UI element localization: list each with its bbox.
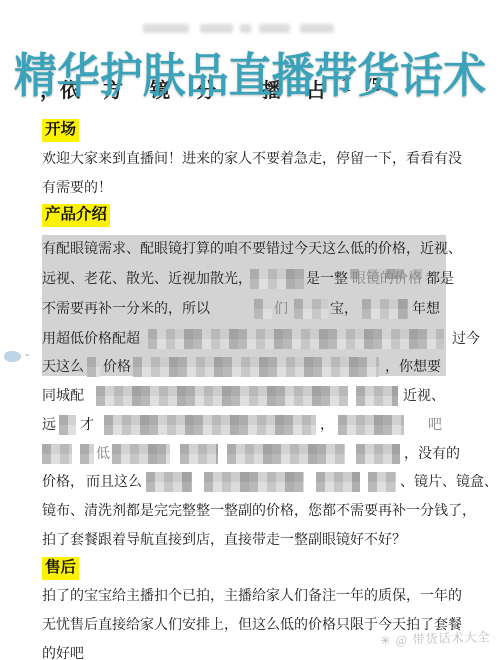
body-text-segment: 近视、 <box>403 387 445 407</box>
mosaic-block <box>254 299 272 319</box>
mosaic-block <box>294 299 328 319</box>
body-text-segment: 同城配 <box>42 387 84 407</box>
body-text-segment: 拍了套餐跟着导航直接到店，直接带走一整副眼镜好不好？ <box>42 531 406 551</box>
body-text-segment: 、镜片、镜盒、 <box>400 473 498 493</box>
mosaic-block <box>356 386 398 406</box>
comment-marker-icon <box>4 351 21 362</box>
body-text-segment: ， <box>320 416 334 436</box>
body-text-segment: 远 <box>42 416 56 436</box>
body-text-segment: 年想 <box>412 300 440 320</box>
body-text-segment: 低 <box>96 445 110 465</box>
body-text-segment: 吧 <box>428 416 442 436</box>
watermark-text: 带货话术大全 <box>412 630 490 647</box>
body-text-segment: 而且这么 <box>86 473 142 493</box>
mosaic-block <box>250 269 304 289</box>
body-text-segment: 远视、老花、散光、近视加散光， <box>42 270 252 290</box>
section-heading: 售后 <box>42 557 79 580</box>
body-text-segment: 有配眼镜需求、配眼镜打算的咱不要错过今天这么低的价格，近视、 <box>42 240 462 260</box>
comment-dash: - <box>25 346 29 362</box>
body-text-segment: ，没有的 <box>404 445 460 465</box>
watermark-logo-icon: ✳ <box>380 634 391 648</box>
mosaic-block <box>133 357 379 377</box>
body-text-segment: 拍了的宝宝给主播扣个已拍，主播给家人们备注一年的质保，一年的 <box>42 587 462 607</box>
mosaic-block <box>146 472 192 492</box>
body-text-segment: 都是 <box>426 270 454 290</box>
body-text-segment: 镜布、清洗剂都是完完整整一整副的价格，您都不需要再补一分钱了， <box>42 502 476 522</box>
body-text-segment: 有需要的！ <box>42 179 112 199</box>
section-heading: 开场 <box>42 119 79 142</box>
mosaic-block <box>227 444 345 464</box>
body-text-segment: 天这么 <box>42 358 84 378</box>
body-text-segment: 价格 <box>103 358 131 378</box>
mosaic-block <box>356 444 400 464</box>
section-heading: 产品介绍 <box>42 204 110 227</box>
body-text-segment: 过今 <box>452 330 480 350</box>
body-text-segment: 宝， <box>330 300 358 320</box>
mosaic-block <box>80 444 94 464</box>
mosaic-block <box>338 415 404 435</box>
mosaic-block <box>204 472 304 492</box>
mosaic-block <box>96 386 348 406</box>
mosaic-block <box>112 444 170 464</box>
mosaic-block <box>59 415 76 435</box>
page-title: 精华护肤品直播带货话术 <box>14 49 486 102</box>
document-page: ，依方镜分播占1/5 精华护肤品直播带货话术 开场欢迎大家来到直播间！进来的家人… <box>0 0 500 660</box>
body-text-segment: 价格， <box>42 473 84 493</box>
body-text-segment: 才 <box>80 416 94 436</box>
mosaic-block <box>87 357 100 377</box>
body-text-segment: 不需要再补一分米的，所以 <box>42 300 210 320</box>
mosaic-block <box>148 329 444 349</box>
mosaic-block <box>42 444 72 464</box>
body-text-segment: 欢迎大家来到直播间！进来的家人不要着急走，停留一下，看看有没 <box>42 150 462 170</box>
body-text-segment: 眼镜的价格 <box>352 270 422 290</box>
mosaic-block <box>104 415 316 435</box>
mosaic-block <box>362 299 408 319</box>
body-text-segment: 们 <box>274 300 288 320</box>
watermark-at-icon: @ <box>395 633 407 647</box>
watermark: ✳ @ 带货话术大全 <box>380 627 492 649</box>
mosaic-block <box>316 472 360 492</box>
mosaic-block <box>180 444 218 464</box>
mosaic-block <box>368 472 396 492</box>
body-text-segment: ，你想要 <box>385 358 441 378</box>
body-text-segment: 的好吧 <box>42 645 84 660</box>
body-text-segment: 用超低价格配超 <box>42 330 140 350</box>
title-overlay: 精华护肤品直播带货话术 <box>0 28 500 112</box>
body-text-segment: 是一整 <box>306 270 348 290</box>
